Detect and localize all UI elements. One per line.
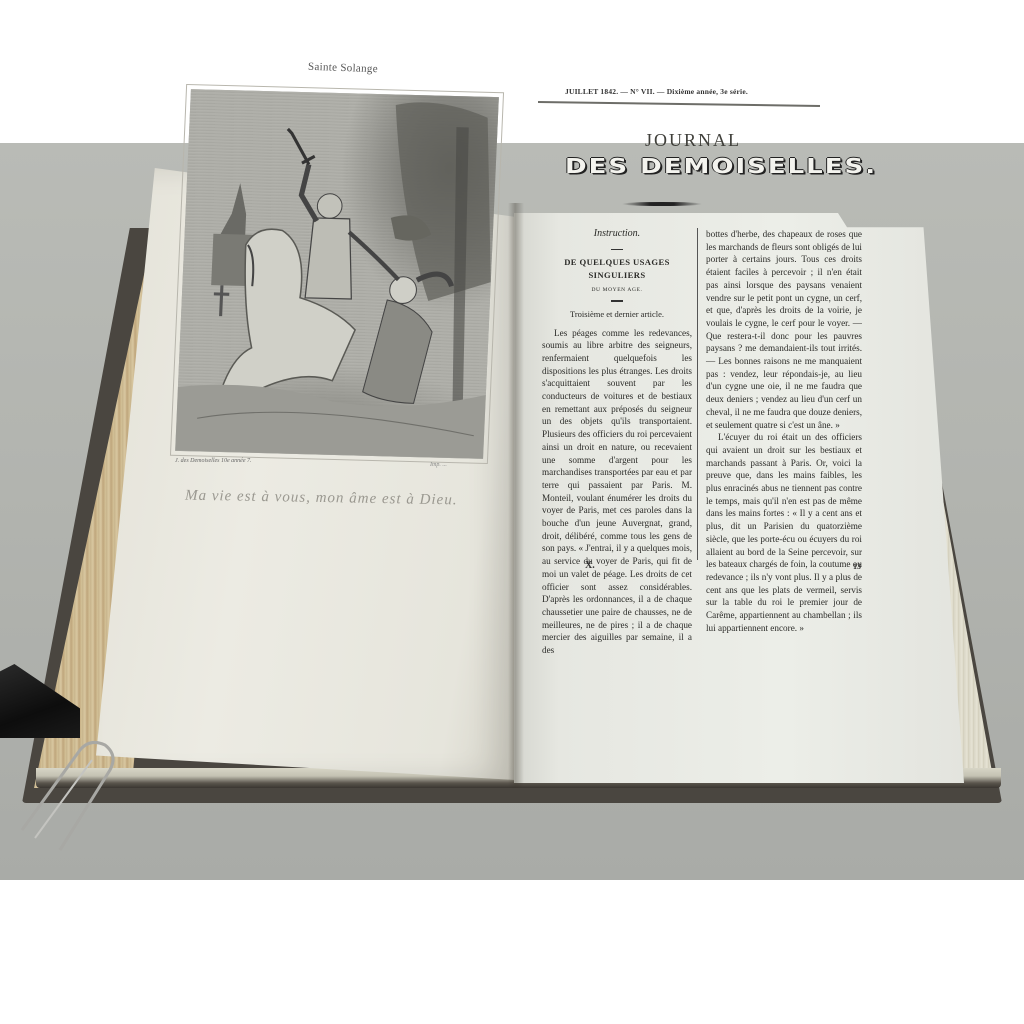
book-gutter [508,203,524,788]
engraving-illustration [175,89,499,459]
dash-divider [611,300,623,302]
column-divider [697,228,698,560]
masthead-journal: JOURNAL [645,130,741,151]
running-head: JUILLET 1842. — N° VII. — Dixième année,… [565,87,748,96]
text-column-left: Instruction. DE QUELQUES USAGES SINGULIE… [542,228,692,657]
plate-credit-left: J. des Demoiselles 10e année 7. [175,458,251,464]
engraving-scene-icon [175,89,499,459]
header-rule [538,101,820,107]
plate-title: Sainte Solange [308,61,378,75]
masthead-title: DES DEMOISELLES. [565,155,877,178]
page-number: 13 [853,562,861,571]
paragraph: Les péages comme les redevances, soumis … [542,327,692,657]
text-column-right: bottes d'herbe, des chapeaux de roses qu… [706,228,862,635]
paragraph: L'écuyer du roi était un des officiers q… [706,431,862,634]
ornament-rule [622,202,702,206]
photo-background [0,143,1024,880]
article-subtitle: DU MOYEN AGE. [542,284,692,297]
dash-divider [611,249,623,251]
article-part: Troisième et dernier article. [542,308,692,321]
section-label: Instruction. [542,228,692,241]
article-title: DE QUELQUES USAGES SINGULIERS [542,256,692,281]
engraving-frame [170,84,504,464]
signature-mark: X. [585,560,595,571]
plate-credit-right: Imp. ... [430,462,447,468]
paragraph: bottes d'herbe, des chapeaux de roses qu… [706,228,862,431]
